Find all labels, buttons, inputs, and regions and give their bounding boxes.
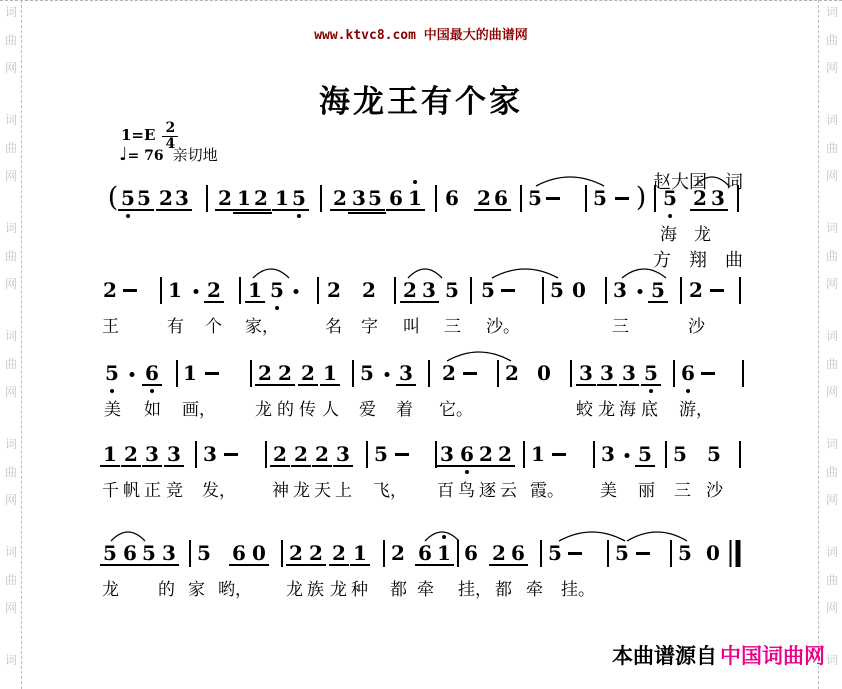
lyric-syllable: 传 bbox=[299, 395, 316, 420]
note: 6 bbox=[229, 543, 249, 566]
low-octave-dot bbox=[275, 306, 279, 310]
note: 5 bbox=[704, 444, 724, 465]
note: 2 bbox=[400, 280, 420, 303]
lyric-syllable: 神 bbox=[272, 476, 289, 501]
note: 2 bbox=[324, 280, 344, 301]
watermark-char: 词 bbox=[826, 114, 838, 126]
slur-tie-arc bbox=[407, 266, 443, 279]
lyric-syllable: 名 bbox=[325, 312, 342, 337]
note: 5 bbox=[635, 444, 655, 467]
barline bbox=[189, 540, 191, 567]
note: 6 bbox=[678, 363, 698, 384]
lyric-syllable: 百 bbox=[437, 476, 454, 501]
watermark-char: 词 bbox=[5, 546, 17, 558]
note: 2 bbox=[306, 543, 326, 566]
note: 5 bbox=[590, 188, 610, 209]
lyric-syllable: 如 bbox=[144, 395, 161, 420]
lyric-syllable: 挂， bbox=[458, 575, 492, 600]
note: 5 bbox=[547, 280, 567, 301]
score-system: (5523212152356162655)523海龙 bbox=[0, 188, 842, 243]
note: 1 bbox=[100, 444, 120, 467]
lyric-syllable: 都 bbox=[495, 575, 512, 600]
lyric-syllable: 龙 bbox=[694, 220, 711, 245]
duration-dot bbox=[294, 289, 299, 294]
note: 2 bbox=[255, 363, 275, 386]
barline bbox=[680, 277, 682, 304]
note: 5 bbox=[267, 280, 287, 301]
note: 0 bbox=[534, 363, 554, 384]
barline bbox=[394, 277, 396, 304]
watermark-char: 网 bbox=[5, 494, 17, 506]
lyric-syllable: 哟， bbox=[218, 575, 252, 600]
barline bbox=[673, 360, 675, 387]
watermark-char: 词 bbox=[826, 6, 838, 18]
duration-dash bbox=[552, 453, 566, 456]
parenthesis: ( bbox=[108, 184, 119, 211]
source-label: 本曲谱源自 bbox=[612, 640, 717, 670]
watermark-char: 词 bbox=[826, 546, 838, 558]
lyric-syllable: 都 bbox=[390, 575, 407, 600]
note: 1 bbox=[528, 444, 548, 465]
lyric-syllable: 霞。 bbox=[530, 476, 564, 501]
slur-tie-arc bbox=[626, 529, 688, 542]
note: 3 bbox=[142, 444, 162, 467]
lyric-syllable: 丽 bbox=[638, 476, 655, 501]
watermark-char: 词 bbox=[5, 330, 17, 342]
note: 6 bbox=[491, 188, 511, 211]
note: 5 bbox=[194, 543, 214, 564]
note: 3 bbox=[159, 543, 179, 566]
slur-tie-arc bbox=[694, 174, 730, 187]
watermark-char: 曲 bbox=[5, 250, 17, 262]
note: 2 bbox=[215, 188, 235, 211]
note: 6 bbox=[457, 444, 477, 467]
barline bbox=[206, 185, 208, 212]
note: 3 bbox=[610, 280, 630, 301]
note: 5 bbox=[641, 363, 661, 386]
lyric-syllable: 爱 bbox=[359, 395, 376, 420]
note: 0 bbox=[569, 280, 589, 301]
lyric-syllable: 王 bbox=[102, 312, 119, 337]
lyric-syllable: 发， bbox=[202, 476, 236, 501]
barline bbox=[593, 441, 595, 468]
score-page: www.ktvc8.com 中国最大的曲谱网 海龙王有个家 赵大国 词 方 翔 … bbox=[0, 0, 842, 689]
note: 6 bbox=[142, 363, 162, 386]
duration-dot bbox=[385, 372, 390, 377]
note: 5 bbox=[371, 444, 391, 465]
watermark-char: 词 bbox=[826, 222, 838, 234]
duration-dash bbox=[395, 453, 409, 456]
watermark-char: 曲 bbox=[826, 250, 838, 262]
parenthesis: ) bbox=[636, 184, 647, 211]
watermark-char: 曲 bbox=[5, 142, 17, 154]
duration-dash bbox=[546, 197, 560, 200]
high-octave-dot bbox=[413, 180, 417, 184]
note: 2 bbox=[312, 444, 332, 467]
lyric-syllable: 龙 bbox=[286, 575, 303, 600]
watermark-char: 曲 bbox=[826, 34, 838, 46]
lyric-syllable: 牵 bbox=[417, 575, 434, 600]
duration-dash bbox=[463, 372, 477, 375]
lyric-syllable: 个 bbox=[205, 312, 222, 337]
barline bbox=[742, 360, 744, 387]
note: 2 bbox=[286, 543, 306, 566]
lyric-syllable: 竞 bbox=[166, 476, 183, 501]
music-score: (5523212152356162655)523海龙21215222355503… bbox=[0, 0, 842, 689]
barline bbox=[281, 540, 283, 567]
lyric-syllable: 龙 bbox=[102, 575, 119, 600]
note: 5 bbox=[134, 188, 154, 211]
barline bbox=[366, 441, 368, 468]
watermark-char: 词 bbox=[5, 114, 17, 126]
watermark-char: 词 bbox=[5, 654, 17, 666]
score-system: 565356022212616265550龙的家哟，龙族龙种都牵挂，都牵挂。 bbox=[0, 543, 842, 598]
barline bbox=[160, 277, 162, 304]
barline bbox=[497, 360, 499, 387]
duration-dash bbox=[224, 453, 238, 456]
watermark-char: 曲 bbox=[5, 574, 17, 586]
site-name-link[interactable]: 中国词曲网 bbox=[720, 640, 825, 670]
slur-tie-arc bbox=[621, 266, 667, 279]
note: 5 bbox=[357, 363, 377, 384]
note: 0 bbox=[703, 543, 723, 564]
barline bbox=[239, 277, 241, 304]
note: 1 bbox=[350, 543, 370, 566]
watermark-char: 网 bbox=[826, 386, 838, 398]
lyric-syllable: 海 bbox=[619, 395, 636, 420]
watermark-char: 词 bbox=[5, 6, 17, 18]
barline bbox=[317, 277, 319, 304]
lyric-syllable: 沙 bbox=[706, 476, 723, 501]
note: 3 bbox=[598, 444, 618, 465]
lyric-syllable: 的 bbox=[158, 575, 175, 600]
barline bbox=[670, 540, 672, 567]
barline bbox=[435, 185, 437, 212]
duration-dash bbox=[636, 552, 650, 555]
lyric-syllable: 种 bbox=[351, 575, 368, 600]
watermark-char: 网 bbox=[5, 602, 17, 614]
barline bbox=[605, 277, 607, 304]
score-system: 56122215322033356美如画，龙的传人爱着它。蛟龙海底游， bbox=[0, 363, 842, 418]
note: 6 bbox=[508, 543, 528, 566]
lyric-syllable: 云 bbox=[500, 476, 517, 501]
barline bbox=[540, 540, 542, 567]
watermark-char: 网 bbox=[826, 62, 838, 74]
duration-dot bbox=[130, 372, 135, 377]
barline bbox=[570, 360, 572, 387]
note: 2 bbox=[121, 444, 141, 467]
note: 3 bbox=[619, 363, 639, 386]
lyric-syllable: 底 bbox=[641, 395, 658, 420]
note: 2 bbox=[686, 280, 706, 301]
barline bbox=[585, 185, 587, 212]
duration-dash bbox=[123, 289, 137, 292]
note: 5 bbox=[525, 188, 545, 209]
note: 5 bbox=[660, 188, 680, 209]
low-octave-dot bbox=[649, 389, 653, 393]
duration-dash bbox=[701, 372, 715, 375]
note: 3 bbox=[333, 444, 353, 467]
lyric-syllable: 叫 bbox=[403, 312, 420, 337]
lyric-syllable: 蛟 bbox=[576, 395, 593, 420]
note: 6 bbox=[386, 188, 406, 211]
slur-tie-arc bbox=[252, 266, 290, 279]
low-octave-dot bbox=[150, 389, 154, 393]
watermark-char: 网 bbox=[826, 278, 838, 290]
note: 2 bbox=[270, 444, 290, 467]
lyric-syllable: 天 bbox=[314, 476, 331, 501]
lyric-syllable: 有 bbox=[167, 312, 184, 337]
barline bbox=[265, 441, 267, 468]
barline bbox=[195, 441, 197, 468]
lyric-syllable: 挂。 bbox=[561, 575, 595, 600]
barline bbox=[654, 185, 656, 212]
lyric-syllable: 它。 bbox=[439, 395, 473, 420]
lyric-syllable: 美 bbox=[104, 395, 121, 420]
barline bbox=[607, 540, 609, 567]
note: 5 bbox=[670, 444, 690, 465]
note: 6 bbox=[120, 543, 140, 566]
note: 2 bbox=[330, 188, 350, 211]
low-octave-dot bbox=[126, 214, 130, 218]
lyric-syllable: 沙。 bbox=[486, 312, 520, 337]
watermark-char: 曲 bbox=[826, 358, 838, 370]
barline bbox=[176, 360, 178, 387]
note: 2 bbox=[251, 188, 271, 211]
lyric-syllable: 牵 bbox=[526, 575, 543, 600]
note: 3 bbox=[597, 363, 617, 386]
note: 1 bbox=[320, 363, 340, 386]
barline bbox=[470, 277, 472, 304]
duration-dash bbox=[615, 197, 629, 200]
note: 2 bbox=[275, 363, 295, 386]
barline bbox=[320, 185, 322, 212]
note: 1 bbox=[180, 363, 200, 384]
watermark-char: 网 bbox=[826, 494, 838, 506]
note: 2 bbox=[495, 444, 515, 467]
note: 5 bbox=[102, 363, 122, 384]
watermark-char: 曲 bbox=[826, 142, 838, 154]
barline bbox=[250, 360, 252, 387]
lyric-syllable: 龙 bbox=[255, 395, 272, 420]
lyric-syllable: 三 bbox=[444, 312, 461, 337]
slur-tie-arc bbox=[535, 174, 605, 187]
barline bbox=[737, 185, 739, 212]
note: 2 bbox=[291, 444, 311, 467]
duration-dot bbox=[194, 289, 199, 294]
lyric-syllable: 龙 bbox=[330, 575, 347, 600]
note: 2 bbox=[388, 543, 408, 564]
lyric-syllable: 三 bbox=[612, 312, 629, 337]
note: 3 bbox=[576, 363, 596, 386]
note: 5 bbox=[442, 280, 462, 301]
score-system: 2121522235550352王有个家，名字叫三沙。三沙 bbox=[0, 280, 842, 335]
slur-tie-arc bbox=[446, 349, 512, 362]
watermark-char: 曲 bbox=[5, 466, 17, 478]
barline bbox=[739, 277, 741, 304]
barline bbox=[352, 360, 354, 387]
watermark-char: 网 bbox=[826, 170, 838, 182]
lyric-syllable: 上 bbox=[335, 476, 352, 501]
note: 2 bbox=[489, 543, 509, 566]
note: 2 bbox=[329, 543, 349, 566]
duration-dash bbox=[710, 289, 724, 292]
watermark-char: 网 bbox=[826, 602, 838, 614]
note: 3 bbox=[396, 363, 416, 386]
duration-dash bbox=[205, 372, 219, 375]
note: 1 bbox=[405, 188, 425, 211]
watermark-char: 网 bbox=[5, 170, 17, 182]
low-octave-dot bbox=[297, 214, 301, 218]
duration-dash bbox=[501, 289, 515, 292]
slur-tie-arc bbox=[424, 529, 460, 542]
low-octave-dot bbox=[465, 470, 469, 474]
note: 2 bbox=[476, 444, 496, 467]
watermark-char: 词 bbox=[5, 438, 17, 450]
note: 5 bbox=[139, 543, 159, 566]
watermark-char: 网 bbox=[5, 62, 17, 74]
note: 1 bbox=[245, 280, 265, 303]
barline bbox=[457, 540, 459, 567]
note: 3 bbox=[164, 444, 184, 467]
lyric-syllable: 三 bbox=[674, 476, 691, 501]
note: 5 bbox=[545, 543, 565, 564]
note: 3 bbox=[437, 444, 457, 467]
note: 6 bbox=[415, 543, 435, 566]
lyric-syllable: 画， bbox=[182, 395, 216, 420]
slur-tie-arc bbox=[558, 529, 626, 542]
lyric-syllable: 家 bbox=[188, 575, 205, 600]
slur-tie-arc bbox=[491, 266, 559, 279]
lyric-syllable: 的 bbox=[277, 395, 294, 420]
note: 5 bbox=[675, 543, 695, 564]
lyric-syllable: 字 bbox=[361, 312, 378, 337]
lyric-syllable: 海 bbox=[660, 220, 677, 245]
note: 3 bbox=[172, 188, 192, 211]
duration-dot bbox=[625, 453, 630, 458]
low-octave-dot bbox=[668, 214, 672, 218]
watermark-char: 词 bbox=[826, 654, 838, 666]
note: 5 bbox=[648, 280, 668, 303]
note: 3 bbox=[200, 444, 220, 465]
note: 3 bbox=[708, 188, 728, 211]
low-octave-dot bbox=[110, 389, 114, 393]
note: 2 bbox=[100, 280, 120, 301]
barline bbox=[739, 441, 741, 468]
lyric-syllable: 鸟 bbox=[458, 476, 475, 501]
note: 3 bbox=[419, 280, 439, 303]
lyric-syllable: 游， bbox=[679, 395, 713, 420]
watermark-char: 曲 bbox=[826, 466, 838, 478]
watermark-char: 网 bbox=[5, 386, 17, 398]
note: 0 bbox=[249, 543, 269, 566]
lyric-syllable: 家， bbox=[245, 312, 279, 337]
duration-dash bbox=[568, 552, 582, 555]
note: 2 bbox=[439, 363, 459, 384]
lyric-syllable: 帆 bbox=[123, 476, 140, 501]
note: 2 bbox=[204, 280, 224, 303]
score-system: 1233322235362213555千帆正竞发，神龙天上飞，百鸟逐云霞。美丽三… bbox=[0, 444, 842, 499]
barline bbox=[428, 360, 430, 387]
lyric-syllable: 飞， bbox=[373, 476, 407, 501]
final-barline bbox=[730, 540, 741, 567]
barline bbox=[383, 540, 385, 567]
watermark-char: 网 bbox=[5, 278, 17, 290]
barline bbox=[523, 441, 525, 468]
lyric-syllable: 美 bbox=[600, 476, 617, 501]
lyric-syllable: 人 bbox=[322, 395, 339, 420]
lyric-syllable: 逐 bbox=[479, 476, 496, 501]
watermark-char: 曲 bbox=[826, 574, 838, 586]
watermark-char: 曲 bbox=[5, 358, 17, 370]
lyric-syllable: 龙 bbox=[293, 476, 310, 501]
low-octave-dot bbox=[686, 389, 690, 393]
note: 1 bbox=[434, 543, 454, 566]
watermark-char: 词 bbox=[826, 438, 838, 450]
note: 6 bbox=[442, 188, 462, 209]
note: 2 bbox=[690, 188, 710, 211]
watermark-char: 词 bbox=[826, 330, 838, 342]
watermark-char: 曲 bbox=[5, 34, 17, 46]
note: 5 bbox=[478, 280, 498, 301]
note: 2 bbox=[502, 363, 522, 384]
lyric-syllable: 正 bbox=[144, 476, 161, 501]
lyric-syllable: 龙 bbox=[598, 395, 615, 420]
barline bbox=[542, 277, 544, 304]
lyric-syllable: 族 bbox=[307, 575, 324, 600]
note: 2 bbox=[359, 280, 379, 301]
note: 5 bbox=[289, 188, 309, 211]
slur-tie-arc bbox=[110, 529, 146, 542]
lyric-syllable: 着 bbox=[396, 395, 413, 420]
note: 1 bbox=[165, 280, 185, 301]
barline bbox=[520, 185, 522, 212]
note: 5 bbox=[100, 543, 120, 566]
note: 5 bbox=[612, 543, 632, 564]
lyric-syllable: 千 bbox=[102, 476, 119, 501]
watermark-char: 词 bbox=[5, 222, 17, 234]
note: 6 bbox=[461, 543, 481, 564]
note: 5 bbox=[365, 188, 385, 211]
barline bbox=[665, 441, 667, 468]
duration-dot bbox=[638, 289, 643, 294]
lyric-syllable: 沙 bbox=[688, 312, 705, 337]
note: 2 bbox=[298, 363, 318, 386]
